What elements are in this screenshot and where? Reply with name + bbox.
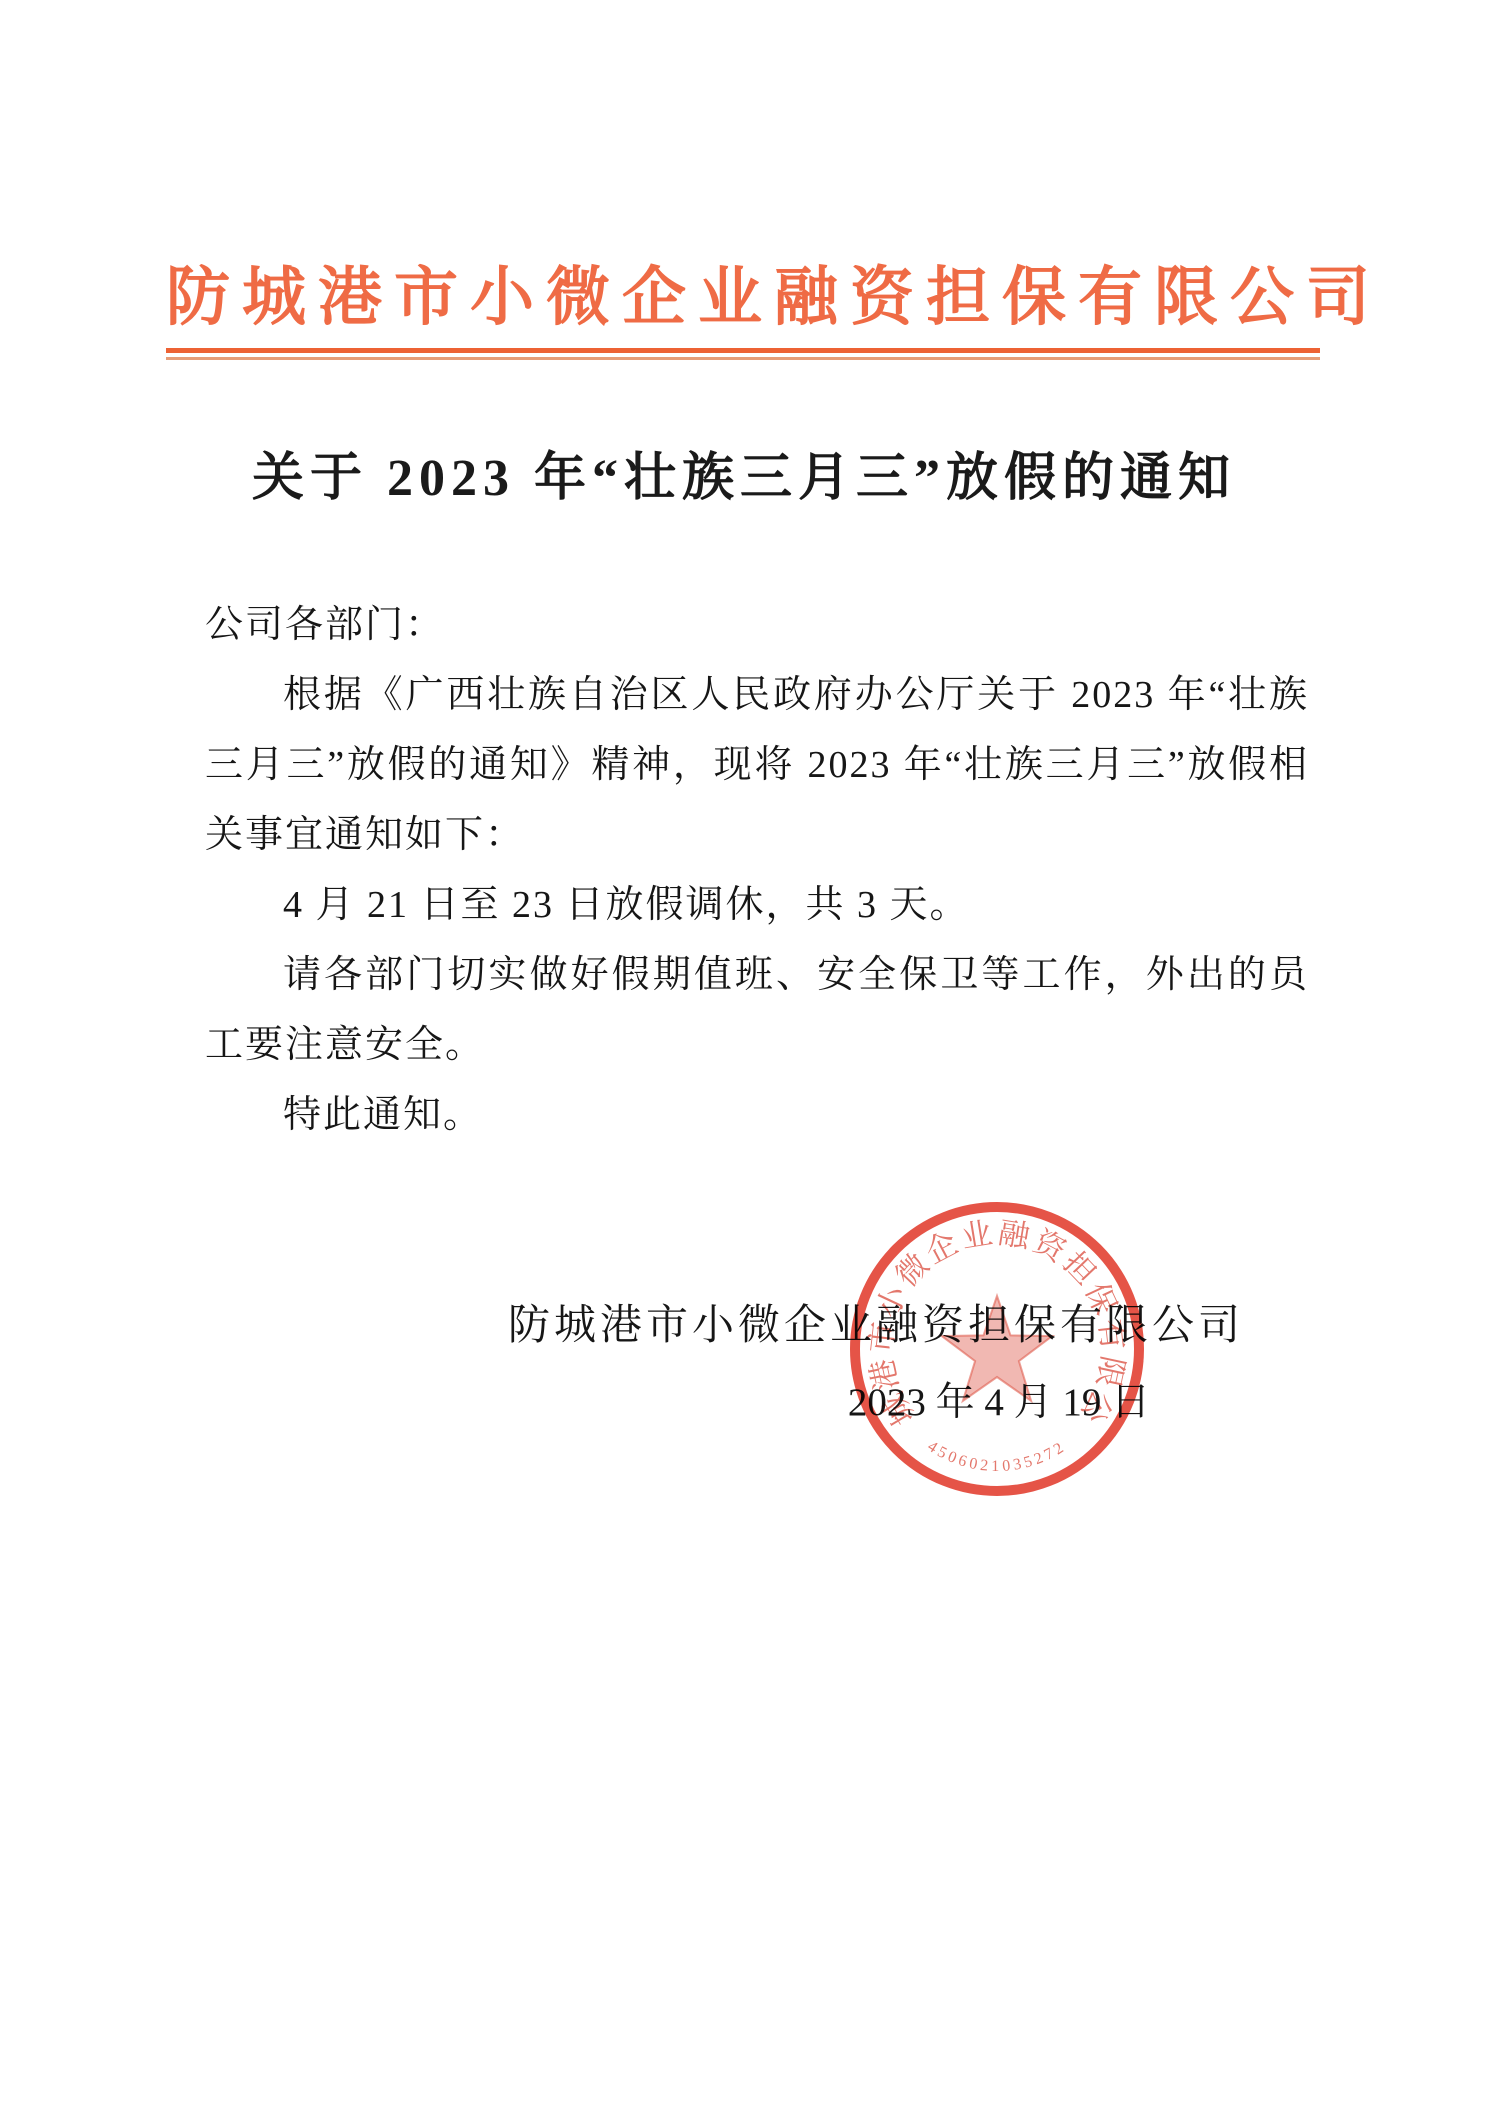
- letterhead-rule-thick: [166, 348, 1320, 353]
- seal-serial-text-wrap: 4506021035272: [925, 1438, 1070, 1475]
- seal-star-icon: [942, 1296, 1052, 1401]
- paragraph-holiday-dates: 4 月 21 日至 23 日放假调休，共 3 天。: [205, 870, 1309, 940]
- seal-company-text-wrap: 防城港市小微企业融资担保有限公司: [847, 1199, 1131, 1432]
- page-title: 关于 2023 年“壮族三月三”放假的通知: [0, 447, 1488, 511]
- seal-company-arc-text: 防城港市小微企业融资担保有限公司: [847, 1199, 1131, 1432]
- notice-document-page: 防城港市小微企业融资担保有限公司 关于 2023 年“壮族三月三”放假的通知 公…: [0, 0, 1488, 2104]
- paragraph-closing: 特此通知。: [205, 1080, 1309, 1150]
- letterhead-rule-thin: [166, 357, 1320, 360]
- company-letterhead: 防城港市小微企业融资担保有限公司: [166, 258, 1322, 338]
- notice-body: 公司各部门： 根据《广西壮族自治区人民政府办公厅关于 2023 年“壮族三月三”…: [205, 590, 1309, 1150]
- paragraph-basis: 根据《广西壮族自治区人民政府办公厅关于 2023 年“壮族三月三”放假的通知》精…: [205, 660, 1309, 870]
- salutation: 公司各部门：: [205, 590, 1309, 660]
- paragraph-safety-duty: 请各部门切实做好假期值班、安全保卫等工作，外出的员工要注意安全。: [205, 940, 1309, 1080]
- seal-serial-number: 4506021035272: [925, 1438, 1070, 1475]
- official-seal-icon: 防城港市小微企业融资担保有限公司 4506021035272: [847, 1199, 1147, 1499]
